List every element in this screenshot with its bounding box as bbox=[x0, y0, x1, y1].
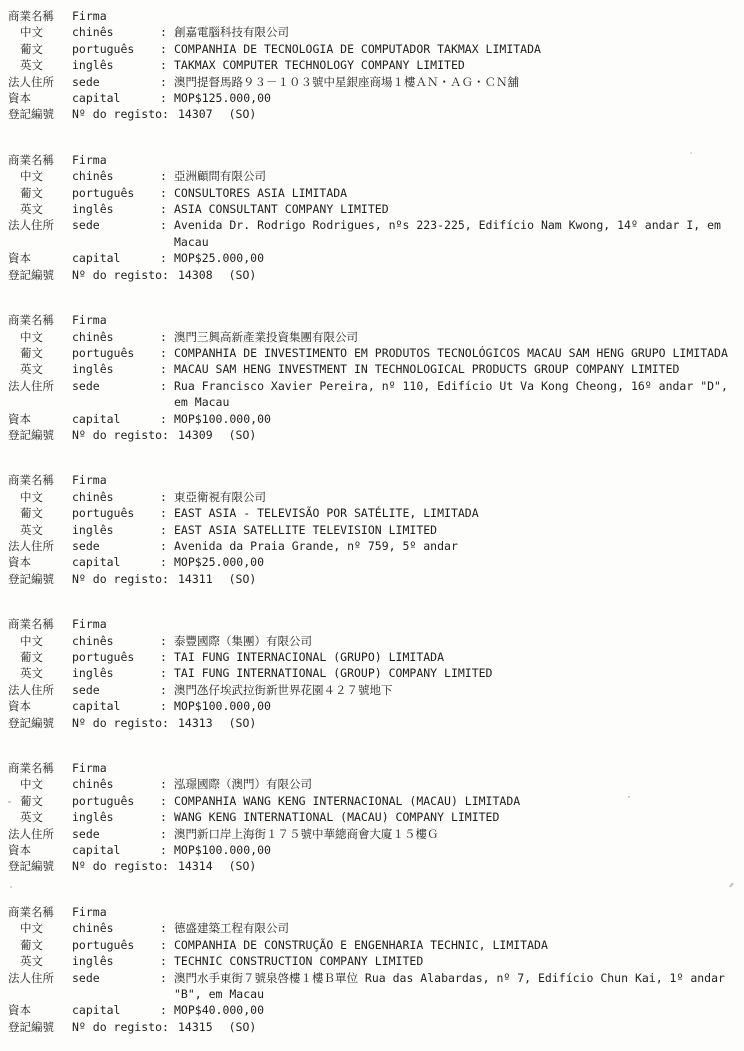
label-sede-zh: 法人住所 bbox=[8, 682, 72, 698]
address-value: Avenida Dr. Rodrigo Rodrigues, nºs 223-2… bbox=[174, 217, 738, 250]
record-title-row: 商業名稱 Firma bbox=[8, 760, 738, 776]
english-name-row: 英文 inglês : EAST ASIA SATELLITE TELEVISI… bbox=[8, 522, 738, 538]
colon-separator: : bbox=[160, 809, 174, 825]
label-sede-zh: 法人住所 bbox=[8, 970, 72, 986]
label-registo-zh: 登記編號 bbox=[8, 858, 72, 874]
colon-separator: : bbox=[160, 633, 174, 649]
portuguese-name-value: COMPANHIA DE CONSTRUÇÃO E ENGENHARIA TEC… bbox=[174, 937, 738, 953]
portuguese-name-row: 葡文 português : COMPANHIA DE INVESTIMENTO… bbox=[8, 345, 738, 361]
label-capital-pt: capital bbox=[72, 698, 160, 714]
label-english-zh: 英文 bbox=[8, 361, 72, 377]
label-registo-pt: Nº do registo: bbox=[72, 427, 168, 443]
colon-separator: : bbox=[160, 776, 174, 792]
colon-separator: : bbox=[160, 185, 174, 201]
colon-separator: : bbox=[160, 329, 174, 345]
label-registo-pt: Nº do registo: bbox=[72, 858, 168, 874]
registration-note: (SO) bbox=[229, 428, 257, 442]
chinese-name-value: 澳門三興高新產業投資集團有限公司 bbox=[174, 329, 738, 345]
colon-separator: : bbox=[160, 361, 174, 377]
portuguese-name-value: TAI FUNG INTERNACIONAL (GRUPO) LIMITADA bbox=[174, 649, 738, 665]
registration-number-value: 14307 bbox=[178, 107, 213, 121]
label-firma-pt: Firma bbox=[72, 616, 160, 632]
scan-speckle bbox=[628, 796, 630, 798]
company-record: 商業名稱 Firma 中文 chinês : 創嘉電腦科技有限公司 葡文 por… bbox=[8, 8, 738, 123]
label-capital-zh: 資本 bbox=[8, 698, 72, 714]
portuguese-name-value: EAST ASIA - TELEVISÃO POR SATÉLITE, LIMI… bbox=[174, 505, 738, 521]
label-capital-pt: capital bbox=[72, 411, 160, 427]
chinese-name-row: 中文 chinês : 德盛建築工程有限公司 bbox=[8, 920, 738, 936]
portuguese-name-value: CONSULTORES ASIA LIMITADA bbox=[174, 185, 738, 201]
label-chinese-pt: chinês bbox=[72, 776, 160, 792]
colon-separator: : bbox=[160, 970, 174, 986]
colon-separator: : bbox=[160, 826, 174, 842]
chinese-name-row: 中文 chinês : 澳門三興高新產業投資集團有限公司 bbox=[8, 329, 738, 345]
colon-separator: : bbox=[160, 505, 174, 521]
label-firma-zh: 商業名稱 bbox=[8, 472, 72, 488]
chinese-name-row: 中文 chinês : 亞洲顧問有限公司 bbox=[8, 168, 738, 184]
address-value: 澳門新口岸上海街１７５號中華總商會大廈１５樓Ｇ bbox=[174, 826, 738, 842]
capital-row: 資本 capital : MOP$100.000,00 bbox=[8, 698, 738, 714]
record-title-row: 商業名稱 Firma bbox=[8, 312, 738, 328]
colon-separator: : bbox=[160, 793, 174, 809]
capital-value: MOP$100.000,00 bbox=[174, 842, 738, 858]
colon-separator: : bbox=[160, 168, 174, 184]
company-record: 商業名稱 Firma 中文 chinês : 泰豐國際（集團）有限公司 葡文 p… bbox=[8, 616, 738, 731]
label-registo-zh: 登記編號 bbox=[8, 715, 72, 731]
label-chinese-zh: 中文 bbox=[8, 920, 72, 936]
label-chinese-pt: chinês bbox=[72, 168, 160, 184]
label-registo-zh: 登記編號 bbox=[8, 1019, 72, 1035]
chinese-name-row: 中文 chinês : 泰豐國際（集團）有限公司 bbox=[8, 633, 738, 649]
label-registo-pt: Nº do registo: bbox=[72, 106, 168, 122]
label-portuguese-pt: português bbox=[72, 41, 160, 57]
label-firma-pt: Firma bbox=[72, 152, 160, 168]
record-title-row: 商業名稱 Firma bbox=[8, 8, 738, 24]
record-title-row: 商業名稱 Firma bbox=[8, 152, 738, 168]
label-capital-pt: capital bbox=[72, 842, 160, 858]
label-chinese-pt: chinês bbox=[72, 633, 160, 649]
label-chinese-zh: 中文 bbox=[8, 329, 72, 345]
capital-value: MOP$25.000,00 bbox=[174, 250, 738, 266]
company-record: 商業名稱 Firma 中文 chinês : 泓璟國際（澳門）有限公司 葡文 p… bbox=[8, 760, 738, 875]
colon-separator: : bbox=[160, 24, 174, 40]
label-english-zh: 英文 bbox=[8, 665, 72, 681]
label-sede-zh: 法人住所 bbox=[8, 74, 72, 90]
registration-number-value: 14309 bbox=[178, 428, 213, 442]
colon-separator: : bbox=[160, 250, 174, 266]
scan-speckle bbox=[8, 801, 11, 803]
colon-separator: : bbox=[160, 522, 174, 538]
label-registo-zh: 登記編號 bbox=[8, 106, 72, 122]
colon-separator: : bbox=[160, 345, 174, 361]
capital-row: 資本 capital : MOP$125.000,00 bbox=[8, 90, 738, 106]
address-row: 法人住所 sede : Avenida da Praia Grande, nº … bbox=[8, 538, 738, 554]
address-value: Avenida da Praia Grande, nº 759, 5º anda… bbox=[174, 538, 738, 554]
label-firma-pt: Firma bbox=[72, 8, 160, 24]
label-chinese-zh: 中文 bbox=[8, 24, 72, 40]
registration-row: 登記編號 Nº do registo: 14313(SO) bbox=[8, 715, 738, 731]
registration-note: (SO) bbox=[229, 1020, 257, 1034]
label-english-pt: inglês bbox=[72, 953, 160, 969]
chinese-name-value: 亞洲顧問有限公司 bbox=[174, 168, 738, 184]
capital-value: MOP$40.000,00 bbox=[174, 1002, 738, 1018]
capital-value: MOP$100.000,00 bbox=[174, 698, 738, 714]
colon-separator: : bbox=[160, 489, 174, 505]
registration-number-value: 14315 bbox=[178, 1020, 213, 1034]
capital-value: MOP$25.000,00 bbox=[174, 554, 738, 570]
label-portuguese-pt: português bbox=[72, 185, 160, 201]
label-chinese-pt: chinês bbox=[72, 489, 160, 505]
label-firma-zh: 商業名稱 bbox=[8, 760, 72, 776]
capital-row: 資本 capital : MOP$100.000,00 bbox=[8, 842, 738, 858]
chinese-name-value: 德盛建築工程有限公司 bbox=[174, 920, 738, 936]
capital-value: MOP$125.000,00 bbox=[174, 90, 738, 106]
label-registo-zh: 登記編號 bbox=[8, 571, 72, 587]
label-english-zh: 英文 bbox=[8, 809, 72, 825]
registration-note: (SO) bbox=[229, 268, 257, 282]
label-english-zh: 英文 bbox=[8, 57, 72, 73]
label-sede-pt: sede bbox=[72, 970, 160, 986]
english-name-value: ASIA CONSULTANT COMPANY LIMITED bbox=[174, 201, 738, 217]
label-chinese-pt: chinês bbox=[72, 24, 160, 40]
label-portuguese-pt: português bbox=[72, 937, 160, 953]
colon-separator: : bbox=[160, 90, 174, 106]
label-capital-pt: capital bbox=[72, 554, 160, 570]
english-name-row: 英文 inglês : TAI FUNG INTERNATIONAL (GROU… bbox=[8, 665, 738, 681]
record-title-row: 商業名稱 Firma bbox=[8, 472, 738, 488]
company-record: 商業名稱 Firma 中文 chinês : 亞洲顧問有限公司 葡文 portu… bbox=[8, 152, 738, 283]
chinese-name-row: 中文 chinês : 東亞衛視有限公司 bbox=[8, 489, 738, 505]
chinese-name-row: 中文 chinês : 創嘉電腦科技有限公司 bbox=[8, 24, 738, 40]
colon-separator: : bbox=[160, 201, 174, 217]
portuguese-name-value: COMPANHIA DE TECNOLOGIA DE COMPUTADOR TA… bbox=[174, 41, 738, 57]
english-name-value: TECHNIC CONSTRUCTION COMPANY LIMITED bbox=[174, 953, 738, 969]
company-record: 商業名稱 Firma 中文 chinês : 澳門三興高新產業投資集團有限公司 … bbox=[8, 312, 738, 443]
colon-separator: : bbox=[160, 378, 174, 394]
label-sede-pt: sede bbox=[72, 682, 160, 698]
label-sede-zh: 法人住所 bbox=[8, 538, 72, 554]
label-english-zh: 英文 bbox=[8, 201, 72, 217]
label-chinese-zh: 中文 bbox=[8, 489, 72, 505]
address-value: 澳門水手東街７號泉啓樓１樓Ｂ單位 Rua das Alabardas, nº 7… bbox=[174, 970, 738, 1003]
registration-number-value: 14308 bbox=[178, 268, 213, 282]
label-registo-pt: Nº do registo: bbox=[72, 1019, 168, 1035]
address-row: 法人住所 sede : 澳門新口岸上海街１７５號中華總商會大廈１５樓Ｇ bbox=[8, 826, 738, 842]
registration-row: 登記編號 Nº do registo: 14311(SO) bbox=[8, 571, 738, 587]
colon-separator: : bbox=[160, 920, 174, 936]
chinese-name-row: 中文 chinês : 泓璟國際（澳門）有限公司 bbox=[8, 776, 738, 792]
label-firma-zh: 商業名稱 bbox=[8, 152, 72, 168]
label-chinese-pt: chinês bbox=[72, 920, 160, 936]
label-firma-pt: Firma bbox=[72, 472, 160, 488]
colon-separator: : bbox=[160, 937, 174, 953]
label-firma-zh: 商業名稱 bbox=[8, 8, 72, 24]
label-chinese-zh: 中文 bbox=[8, 168, 72, 184]
capital-value: MOP$100.000,00 bbox=[174, 411, 738, 427]
registration-note: (SO) bbox=[229, 716, 257, 730]
colon-separator: : bbox=[160, 1002, 174, 1018]
english-name-row: 英文 inglês : TAKMAX COMPUTER TECHNOLOGY C… bbox=[8, 57, 738, 73]
label-registo-zh: 登記編號 bbox=[8, 427, 72, 443]
records-list: 商業名稱 Firma 中文 chinês : 創嘉電腦科技有限公司 葡文 por… bbox=[8, 8, 738, 1035]
company-record: 商業名稱 Firma 中文 chinês : 德盛建築工程有限公司 葡文 por… bbox=[8, 904, 738, 1035]
address-value: 澳門提督馬路９３－１０３號中星銀座商場１樓ＡＮ・ＡＧ・ＣＮ舖 bbox=[174, 74, 738, 90]
chinese-name-value: 創嘉電腦科技有限公司 bbox=[174, 24, 738, 40]
english-name-row: 英文 inglês : WANG KENG INTERNATIONAL (MAC… bbox=[8, 809, 738, 825]
gazette-scan-page: 商業名稱 Firma 中文 chinês : 創嘉電腦科技有限公司 葡文 por… bbox=[0, 0, 744, 1051]
label-chinese-zh: 中文 bbox=[8, 776, 72, 792]
portuguese-name-value: COMPANHIA DE INVESTIMENTO EM PRODUTOS TE… bbox=[174, 345, 738, 361]
label-portuguese-zh: 葡文 bbox=[8, 345, 72, 361]
label-sede-zh: 法人住所 bbox=[8, 826, 72, 842]
english-name-value: WANG KENG INTERNATIONAL (MACAU) COMPANY … bbox=[174, 809, 738, 825]
label-capital-pt: capital bbox=[72, 250, 160, 266]
label-english-pt: inglês bbox=[72, 522, 160, 538]
capital-row: 資本 capital : MOP$40.000,00 bbox=[8, 1002, 738, 1018]
record-title-row: 商業名稱 Firma bbox=[8, 616, 738, 632]
company-record: 商業名稱 Firma 中文 chinês : 東亞衛視有限公司 葡文 portu… bbox=[8, 472, 738, 587]
label-capital-zh: 資本 bbox=[8, 1002, 72, 1018]
registration-row: 登記編號 Nº do registo: 14314(SO) bbox=[8, 858, 738, 874]
portuguese-name-row: 葡文 português : EAST ASIA - TELEVISÃO POR… bbox=[8, 505, 738, 521]
address-row: 法人住所 sede : Rua Francisco Xavier Pereira… bbox=[8, 378, 738, 411]
record-title-row: 商業名稱 Firma bbox=[8, 904, 738, 920]
scan-speckle bbox=[690, 152, 692, 154]
label-sede-pt: sede bbox=[72, 217, 160, 233]
chinese-name-value: 泰豐國際（集團）有限公司 bbox=[174, 633, 738, 649]
english-name-row: 英文 inglês : MACAU SAM HENG INVESTMENT IN… bbox=[8, 361, 738, 377]
address-row: 法人住所 sede : 澳門氹仔埃武拉街新世界花園４２７號地下 bbox=[8, 682, 738, 698]
label-english-pt: inglês bbox=[72, 665, 160, 681]
label-portuguese-pt: português bbox=[72, 345, 160, 361]
colon-separator: : bbox=[160, 74, 174, 90]
label-registo-zh: 登記編號 bbox=[8, 267, 72, 283]
registration-note: (SO) bbox=[229, 107, 257, 121]
english-name-value: MACAU SAM HENG INVESTMENT IN TECHNOLOGIC… bbox=[174, 361, 738, 377]
label-sede-zh: 法人住所 bbox=[8, 378, 72, 394]
label-capital-zh: 資本 bbox=[8, 90, 72, 106]
colon-separator: : bbox=[160, 665, 174, 681]
portuguese-name-row: 葡文 português : TAI FUNG INTERNACIONAL (G… bbox=[8, 649, 738, 665]
label-chinese-pt: chinês bbox=[72, 329, 160, 345]
label-sede-pt: sede bbox=[72, 826, 160, 842]
label-portuguese-zh: 葡文 bbox=[8, 185, 72, 201]
label-portuguese-zh: 葡文 bbox=[8, 505, 72, 521]
colon-separator: : bbox=[160, 953, 174, 969]
portuguese-name-row: 葡文 português : CONSULTORES ASIA LIMITADA bbox=[8, 185, 738, 201]
chinese-name-value: 泓璟國際（澳門）有限公司 bbox=[174, 776, 738, 792]
colon-separator: : bbox=[160, 698, 174, 714]
label-sede-pt: sede bbox=[72, 538, 160, 554]
english-name-row: 英文 inglês : TECHNIC CONSTRUCTION COMPANY… bbox=[8, 953, 738, 969]
capital-row: 資本 capital : MOP$25.000,00 bbox=[8, 554, 738, 570]
label-registo-pt: Nº do registo: bbox=[72, 715, 168, 731]
colon-separator: : bbox=[160, 649, 174, 665]
colon-separator: : bbox=[160, 682, 174, 698]
label-firma-pt: Firma bbox=[72, 760, 160, 776]
address-value: 澳門氹仔埃武拉街新世界花園４２７號地下 bbox=[174, 682, 738, 698]
english-name-row: 英文 inglês : ASIA CONSULTANT COMPANY LIMI… bbox=[8, 201, 738, 217]
colon-separator: : bbox=[160, 57, 174, 73]
colon-separator: : bbox=[160, 554, 174, 570]
portuguese-name-value: COMPANHIA WANG KENG INTERNACIONAL (MACAU… bbox=[174, 793, 738, 809]
registration-note: (SO) bbox=[229, 859, 257, 873]
label-portuguese-zh: 葡文 bbox=[8, 41, 72, 57]
label-english-pt: inglês bbox=[72, 201, 160, 217]
label-sede-pt: sede bbox=[72, 378, 160, 394]
label-portuguese-pt: português bbox=[72, 649, 160, 665]
scan-speckle bbox=[10, 886, 12, 888]
label-capital-zh: 資本 bbox=[8, 250, 72, 266]
capital-row: 資本 capital : MOP$25.000,00 bbox=[8, 250, 738, 266]
label-portuguese-zh: 葡文 bbox=[8, 937, 72, 953]
label-portuguese-zh: 葡文 bbox=[8, 793, 72, 809]
colon-separator: : bbox=[160, 842, 174, 858]
label-portuguese-pt: português bbox=[72, 505, 160, 521]
label-capital-zh: 資本 bbox=[8, 411, 72, 427]
capital-row: 資本 capital : MOP$100.000,00 bbox=[8, 411, 738, 427]
registration-row: 登記編號 Nº do registo: 14307(SO) bbox=[8, 106, 738, 122]
address-value: Rua Francisco Xavier Pereira, nº 110, Ed… bbox=[174, 378, 738, 411]
label-firma-zh: 商業名稱 bbox=[8, 616, 72, 632]
registration-row: 登記編號 Nº do registo: 14308(SO) bbox=[8, 267, 738, 283]
label-english-zh: 英文 bbox=[8, 522, 72, 538]
registration-number-value: 14311 bbox=[178, 572, 213, 586]
label-capital-pt: capital bbox=[72, 1002, 160, 1018]
registration-number-value: 14313 bbox=[178, 716, 213, 730]
label-capital-pt: capital bbox=[72, 90, 160, 106]
label-english-pt: inglês bbox=[72, 57, 160, 73]
label-english-pt: inglês bbox=[72, 809, 160, 825]
colon-separator: : bbox=[160, 41, 174, 57]
label-chinese-zh: 中文 bbox=[8, 633, 72, 649]
portuguese-name-row: 葡文 português : COMPANHIA DE CONSTRUÇÃO E… bbox=[8, 937, 738, 953]
address-row: 法人住所 sede : Avenida Dr. Rodrigo Rodrigue… bbox=[8, 217, 738, 250]
colon-separator: : bbox=[160, 217, 174, 233]
label-registo-pt: Nº do registo: bbox=[72, 571, 168, 587]
address-row: 法人住所 sede : 澳門提督馬路９３－１０３號中星銀座商場１樓ＡＮ・ＡＧ・Ｃ… bbox=[8, 74, 738, 90]
colon-separator: : bbox=[160, 538, 174, 554]
label-english-zh: 英文 bbox=[8, 953, 72, 969]
registration-number-value: 14314 bbox=[178, 859, 213, 873]
label-firma-pt: Firma bbox=[72, 312, 160, 328]
label-capital-zh: 資本 bbox=[8, 554, 72, 570]
registration-row: 登記編號 Nº do registo: 14315(SO) bbox=[8, 1019, 738, 1035]
label-capital-zh: 資本 bbox=[8, 842, 72, 858]
label-portuguese-pt: português bbox=[72, 793, 160, 809]
registration-note: (SO) bbox=[229, 572, 257, 586]
label-portuguese-zh: 葡文 bbox=[8, 649, 72, 665]
address-row: 法人住所 sede : 澳門水手東街７號泉啓樓１樓Ｂ單位 Rua das Ala… bbox=[8, 970, 738, 1003]
label-english-pt: inglês bbox=[72, 361, 160, 377]
label-sede-zh: 法人住所 bbox=[8, 217, 72, 233]
chinese-name-value: 東亞衛視有限公司 bbox=[174, 489, 738, 505]
english-name-value: TAI FUNG INTERNATIONAL (GROUP) COMPANY L… bbox=[174, 665, 738, 681]
colon-separator: : bbox=[160, 411, 174, 427]
english-name-value: EAST ASIA SATELLITE TELEVISION LIMITED bbox=[174, 522, 738, 538]
label-registo-pt: Nº do registo: bbox=[72, 267, 168, 283]
label-firma-pt: Firma bbox=[72, 904, 160, 920]
english-name-value: TAKMAX COMPUTER TECHNOLOGY COMPANY LIMIT… bbox=[174, 57, 738, 73]
label-firma-zh: 商業名稱 bbox=[8, 312, 72, 328]
portuguese-name-row: 葡文 português : COMPANHIA DE TECNOLOGIA D… bbox=[8, 41, 738, 57]
registration-row: 登記編號 Nº do registo: 14309(SO) bbox=[8, 427, 738, 443]
label-sede-pt: sede bbox=[72, 74, 160, 90]
label-firma-zh: 商業名稱 bbox=[8, 904, 72, 920]
